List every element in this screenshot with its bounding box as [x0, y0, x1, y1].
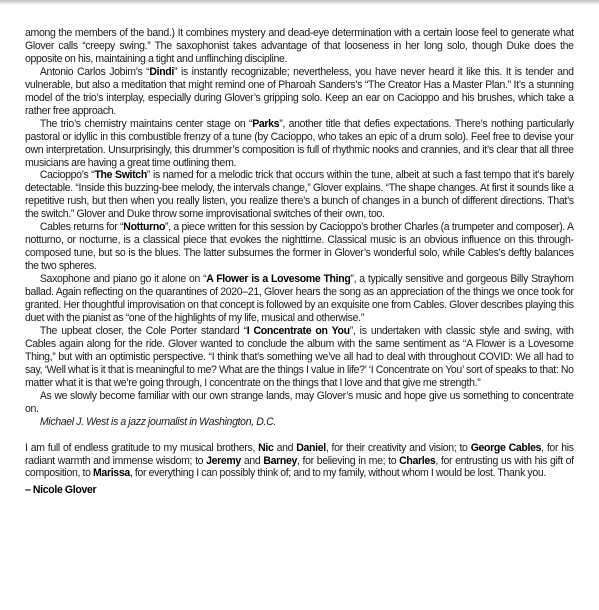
paragraph-the-switch: Cacioppo’s “The Switch” is named for a m…	[25, 169, 574, 221]
track-title-dindi: Dindi	[149, 66, 174, 78]
ack-name-jeremy: Jeremy	[206, 455, 241, 467]
ack-text: and	[241, 455, 263, 467]
ack-name-daniel: Daniel	[296, 442, 326, 454]
ack-text: , for everything I can possibly think of…	[130, 467, 546, 479]
paragraph-text: Cables returns for “	[40, 221, 123, 233]
track-title-parks: Parks	[252, 118, 279, 130]
author-byline: Michael J. West is a jazz journalist in …	[25, 416, 574, 429]
track-title-i-concentrate-on-you: I Concentrate on You	[247, 325, 350, 337]
paragraph-text: The upbeat closer, the Cole Porter stand…	[40, 325, 247, 337]
acknowledgements: I am full of endless gratitude to my mus…	[25, 442, 574, 481]
ack-name-barney: Barney	[263, 455, 297, 467]
ack-name-charles: Charles	[399, 455, 435, 467]
paragraph-closing: As we slowly become familiar with our ow…	[25, 390, 574, 416]
paragraph-flower: Saxophone and piano go it alone on “A Fl…	[25, 273, 574, 325]
paragraph-text: The trio’s chemistry maintains center st…	[40, 118, 252, 130]
ack-text: and	[273, 442, 296, 454]
paragraph-text: Cacioppo’s “	[40, 169, 95, 181]
page-top-edge	[0, 0, 599, 5]
ack-text: I am full of endless gratitude to my mus…	[25, 442, 258, 454]
paragraph-text: among the members of the band.) It combi…	[25, 27, 574, 65]
ack-text: , for believing in me; to	[297, 455, 399, 467]
paragraph-text: Antonio Carlos Jobim’s “	[40, 66, 149, 78]
track-title-notturno: Notturno	[123, 221, 165, 233]
signature: – Nicole Glover	[25, 484, 574, 497]
paragraph-text: Saxophone and piano go it alone on “	[40, 273, 206, 285]
ack-text: , for their creativity and vision; to	[326, 442, 471, 454]
paragraph-text: As we slowly become familiar with our ow…	[25, 390, 574, 415]
track-title-a-flower-is-a-lovesome-thing: A Flower is a Lovesome Thing	[206, 273, 350, 285]
paragraph-parks: The trio’s chemistry maintains center st…	[25, 118, 574, 170]
paragraph-concentrate: The upbeat closer, the Cole Porter stand…	[25, 325, 574, 390]
paragraph-continuation: among the members of the band.) It combi…	[25, 27, 574, 66]
ack-name-george-cables: George Cables	[471, 442, 541, 454]
ack-name-nic: Nic	[258, 442, 273, 454]
paragraph-notturno: Cables returns for “Notturno”, a piece w…	[25, 221, 574, 273]
ack-name-marissa: Marissa	[93, 467, 130, 479]
liner-notes-page: among the members of the band.) It combi…	[25, 27, 574, 497]
track-title-the-switch: The Switch	[94, 169, 146, 181]
paragraph-dindi: Antonio Carlos Jobim’s “Dindi” is instan…	[25, 66, 574, 118]
